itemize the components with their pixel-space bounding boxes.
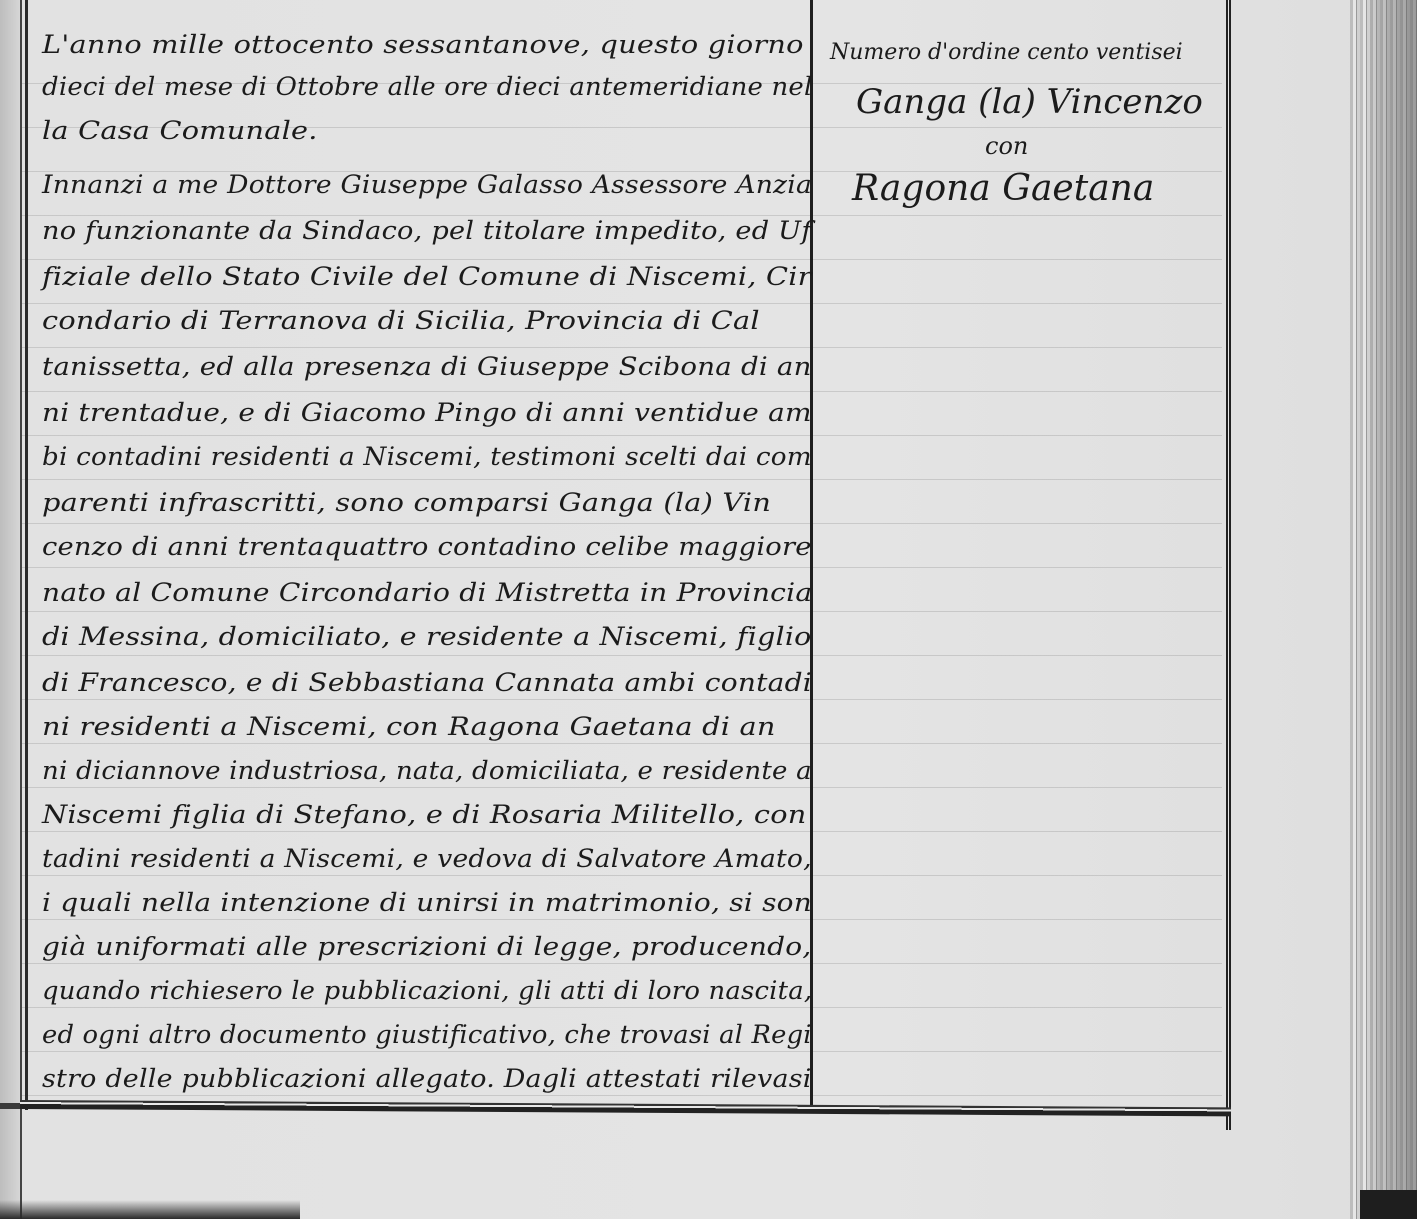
bottom-shadow: [0, 1200, 300, 1219]
act-line: cenzo di anni trentaquattro contadino ce…: [42, 532, 812, 561]
book-gutter: [0, 0, 22, 1219]
act-line: la Casa Comunale.: [42, 116, 318, 145]
act-line: ni residenti a Niscemi, con Ragona Gaeta…: [42, 712, 776, 741]
groom-name: Ganga (la) Vincenzo: [856, 82, 1203, 122]
act-line: L'anno mille ottocento sessantanove, que…: [42, 30, 804, 59]
act-line: tanissetta, ed alla presenza di Giuseppe…: [42, 352, 812, 381]
act-line: quando richiesero le pubblicazioni, gli …: [42, 976, 812, 1005]
act-line: parenti infrascritti, sono comparsi Gang…: [42, 488, 771, 517]
act-line: ed ogni altro documento giustificativo, …: [42, 1020, 812, 1049]
act-line: già uniformati alle prescrizioni di legg…: [42, 932, 812, 961]
act-line: dieci del mese di Ottobre alle ore dieci…: [42, 72, 813, 101]
act-line: condario di Terranova di Sicilia, Provin…: [42, 306, 760, 335]
frame-right-border: [1226, 0, 1231, 1130]
frame-bottom-border: [20, 1100, 1231, 1116]
act-line: ni diciannove industriosa, nata, domicil…: [42, 756, 812, 785]
act-line: i quali nella intenzione di unirsi in ma…: [42, 888, 812, 917]
corner-shadow: [1360, 1190, 1417, 1219]
act-line: stro delle pubblicazioni allegato. Dagli…: [42, 1064, 812, 1093]
act-line: di Messina, domiciliato, e residente a N…: [42, 622, 812, 651]
act-line: ni trentadue, e di Giacomo Pingo di anni…: [42, 398, 812, 427]
conjunction-text: con: [985, 132, 1028, 160]
gutter-frame-stub: [0, 1103, 20, 1109]
book-page-edges: [1350, 0, 1417, 1219]
act-line: tadini residenti a Niscemi, e vedova di …: [42, 844, 812, 873]
act-line: fiziale dello Stato Civile del Comune di…: [42, 262, 812, 291]
register-page: L'anno mille ottocento sessantanove, que…: [0, 0, 1417, 1219]
act-line: nato al Comune Circondario di Mistretta …: [42, 578, 812, 607]
frame-left-border: [25, 0, 28, 1110]
order-number: Numero d'ordine cento ventisei: [830, 40, 1183, 65]
act-line: bi contadini residenti a Niscemi, testim…: [42, 442, 812, 471]
act-line: Innanzi a me Dottore Giuseppe Galasso As…: [42, 170, 812, 199]
bride-name: Ragona Gaetana: [852, 168, 1154, 209]
act-line: Niscemi figlia di Stefano, e di Rosaria …: [42, 800, 806, 829]
act-line: no funzionante da Sindaco, pel titolare …: [42, 216, 812, 245]
act-line: di Francesco, e di Sebbastiana Cannata a…: [42, 668, 812, 697]
